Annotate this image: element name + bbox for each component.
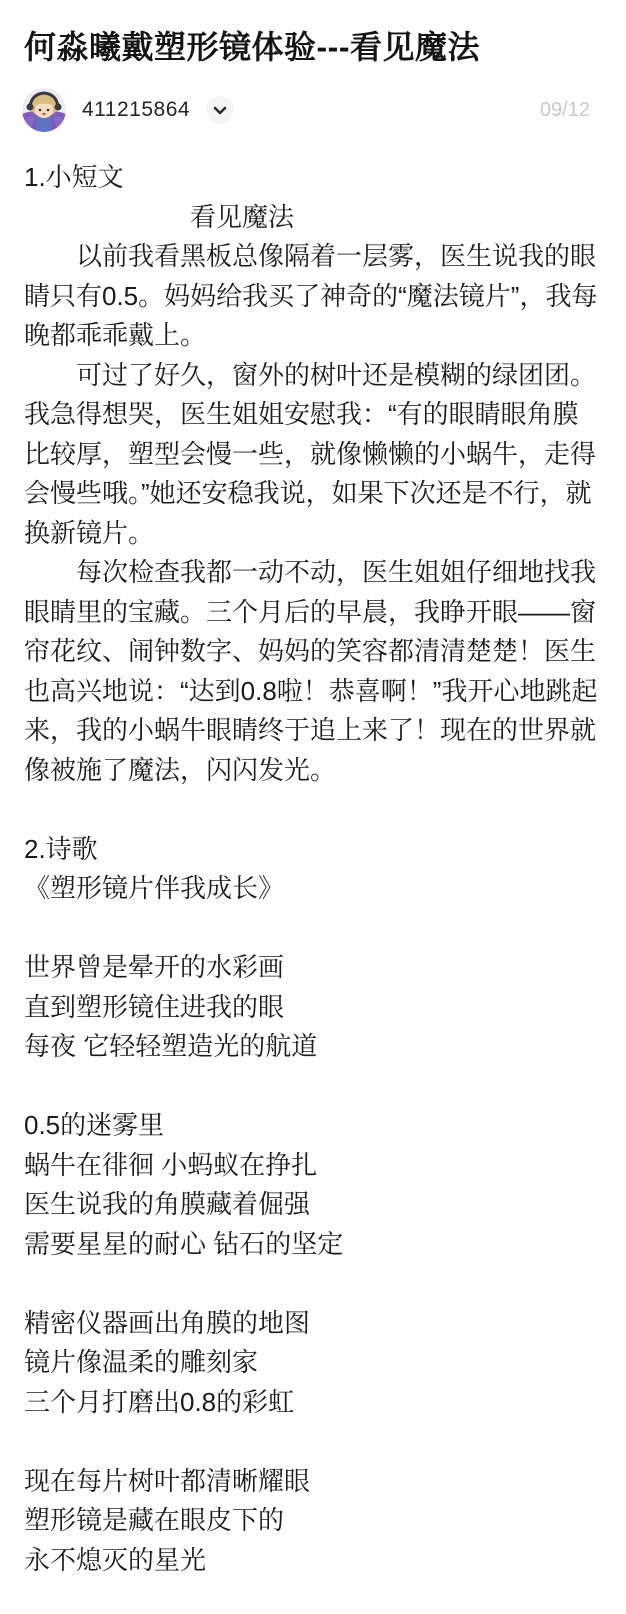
username[interactable]: 411215864 — [82, 98, 190, 122]
poem-line: 三个月打磨出0.8的彩虹 — [24, 1383, 602, 1423]
poem-line: 医生说我的角膜藏着倔强 — [24, 1185, 602, 1225]
blank-line — [24, 1067, 602, 1107]
poem-line: 蜗牛在徘徊 小蚂蚁在挣扎 — [24, 1146, 602, 1186]
poem-line: 需要星星的耐心 钻石的坚定 — [24, 1225, 602, 1265]
poem-line: 0.5的迷雾里 — [24, 1106, 602, 1146]
blank-line — [24, 1264, 602, 1304]
author-dropdown-button[interactable] — [206, 96, 234, 124]
blank-line — [24, 790, 602, 830]
poem-line: 精密仪器画出角膜的地图 — [24, 1304, 602, 1344]
essay-paragraph-3: 每次检查我都一动不动，医生姐姐仔细地找我眼睛里的宝藏。三个月后的早晨，我睁开眼—… — [24, 553, 602, 790]
essay-paragraph-2: 可过了好久，窗外的树叶还是模糊的绿团团。我急得想哭，医生姐姐安慰我：“有的眼睛眼… — [24, 356, 602, 554]
blank-line — [24, 909, 602, 949]
section-2-label: 2.诗歌 — [24, 830, 602, 870]
essay-paragraph-1: 以前我看黑板总像隔着一层雾，医生说我的眼睛只有0.5。妈妈给我买了神奇的“魔法镜… — [24, 237, 602, 356]
poem-line: 现在每片树叶都清晰耀眼 — [24, 1462, 602, 1502]
blank-line — [24, 1422, 602, 1462]
post-title: 何淼曦戴塑形镜体验---看见魔法 — [0, 0, 626, 68]
post-date: 09/12 — [540, 99, 590, 122]
anime-character-avatar-icon — [22, 88, 66, 132]
section-1-label: 1.小短文 — [24, 158, 602, 198]
post-body: 1.小短文 看见魔法 以前我看黑板总像隔着一层雾，医生说我的眼睛只有0.5。妈妈… — [0, 134, 626, 1580]
poem-title: 《塑形镜片伴我成长》 — [24, 869, 602, 909]
essay-title: 看见魔法 — [24, 198, 602, 238]
post-page: 何淼曦戴塑形镜体验---看见魔法 — [0, 0, 626, 1614]
poem-line: 塑形镜是藏在眼皮下的 — [24, 1501, 602, 1541]
poem-line: 直到塑形镜住进我的眼 — [24, 988, 602, 1028]
chevron-down-icon — [213, 106, 227, 115]
poem-line: 镜片像温柔的雕刻家 — [24, 1343, 602, 1383]
poem-line: 世界曾是晕开的水彩画 — [24, 948, 602, 988]
author-meta-row: 411215864 09/12 — [0, 86, 626, 134]
avatar[interactable] — [22, 88, 66, 132]
poem-line: 每夜 它轻轻塑造光的航道 — [24, 1027, 602, 1067]
poem-line: 永不熄灭的星光 — [24, 1541, 602, 1581]
